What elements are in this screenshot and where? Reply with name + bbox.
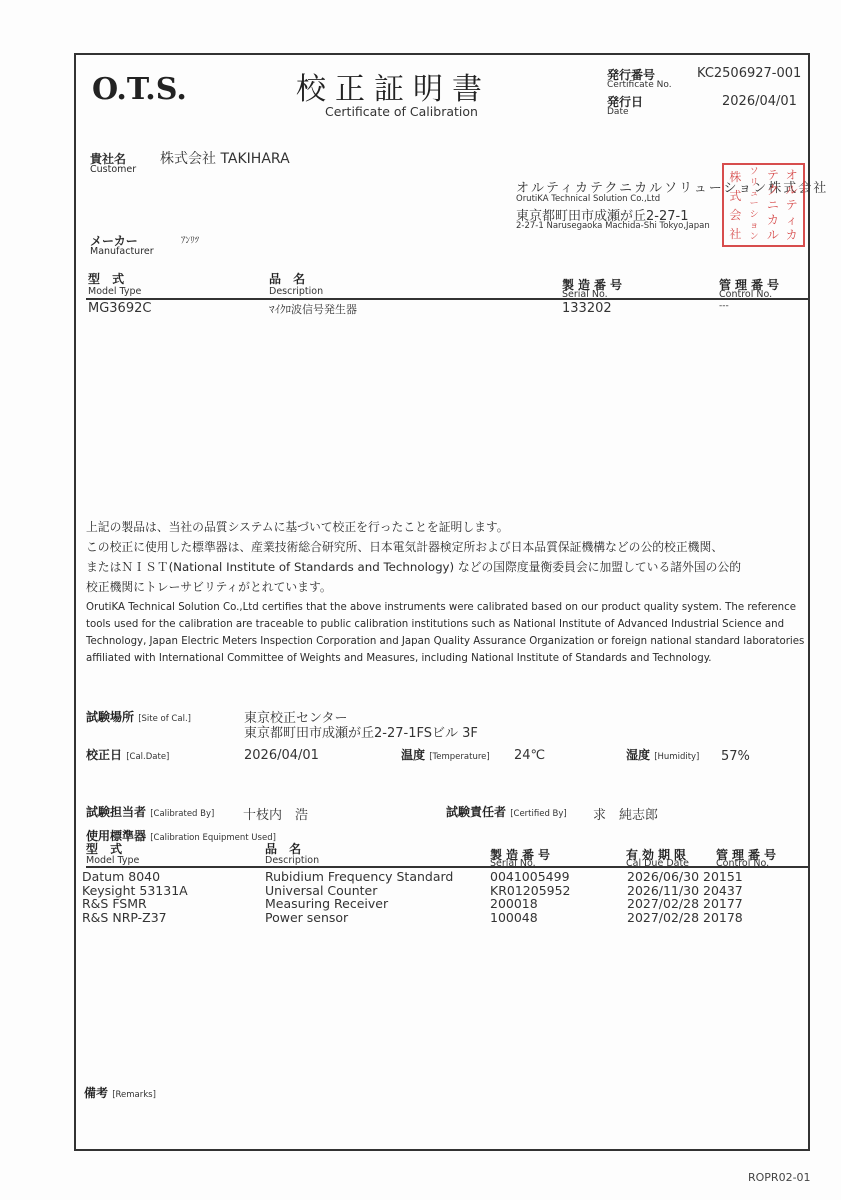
statement-jp-line: この校正に使用した標準器は、産業技術総合研究所、日本電気計器検定所および日本品質… [86, 537, 806, 557]
temperature-value: 24℃ [514, 748, 545, 763]
instrument-header-rule [86, 298, 808, 300]
issue-date-value: 2026/04/01 [722, 94, 797, 109]
customer-value: 株式会社 TAKIHARA [160, 148, 290, 168]
humidity-label: 湿度 [Humidity] [626, 746, 699, 763]
equipment-cell-control: 20177 [703, 897, 743, 911]
equipment-cell-model: R&S NRP-Z37 [82, 911, 167, 925]
equipment-cell-control: 20437 [703, 884, 743, 898]
statement-jp-line: 校正機関にトレーサビリティがとれています。 [86, 577, 806, 597]
equipment-cell-model: R&S FSMR [82, 897, 147, 911]
certificate-title-jp: 校正証明書 [296, 64, 491, 108]
instrument-header-jp: 型 式 [88, 270, 128, 287]
equipment-cell-control: 20178 [703, 911, 743, 925]
calibrated-by-label: 試験担当者 [Calibrated By] [86, 803, 214, 820]
cal-date-label-jp: 校正日 [86, 748, 122, 762]
cal-date-value: 2026/04/01 [244, 748, 319, 763]
temperature-label-en: [Temperature] [429, 752, 489, 762]
instrument-cell-serial: 133202 [562, 301, 612, 316]
equipment-cell-due: 2027/02/28 [627, 911, 699, 925]
company-logo: O.T.S. [92, 72, 187, 107]
remarks-label-jp: 備考 [84, 1086, 108, 1100]
issuer-name-en: OrutiKA Technical Solution Co.,Ltd [516, 194, 660, 204]
certified-by-label: 試験責任者 [Certified By] [446, 803, 567, 820]
certified-by-value: 求 純志郎 [593, 804, 658, 823]
equipment-cell-model: Keysight 53131A [82, 884, 188, 898]
equipment-cell-due: 2027/02/28 [627, 897, 699, 911]
equipment-cell-description: Measuring Receiver [265, 897, 388, 911]
equipment-header-en: Model Type [86, 855, 139, 866]
temperature-label: 温度 [Temperature] [401, 746, 490, 763]
issuer-address-en: 2-27-1 Narusegaoka Machida-Shi Tokyo,Jap… [516, 221, 710, 231]
humidity-label-en: [Humidity] [654, 752, 699, 762]
statement-jp-line: またはＮＩＳＴ(National Institute of Standards … [86, 557, 806, 577]
form-code: ROPR02-01 [748, 1171, 811, 1184]
statement-en: OrutiKA Technical Solution Co.,Ltd certi… [86, 599, 806, 667]
stamp-column: テクニカル [764, 167, 783, 243]
equipment-cell-serial: 0041005499 [490, 870, 570, 884]
site-label: 試験場所 [Site of Cal.] [86, 708, 191, 725]
remarks-label: 備考 [Remarks] [84, 1084, 156, 1101]
statement-jp-line: 上記の製品は、当社の品質システムに基づいて校正を行ったことを証明します。 [86, 517, 806, 537]
instrument-header-en: Model Type [88, 286, 141, 297]
instrument-cell-model: MG3692C [88, 301, 151, 316]
instrument-cell-description: ﾏｲｸﾛ波信号発生器 [269, 301, 357, 317]
site-label-jp: 試験場所 [86, 710, 134, 724]
certificate-no-value: KC2506927-001 [697, 66, 801, 81]
issue-date-label-en: Date [607, 107, 629, 117]
equipment-cell-description: Power sensor [265, 911, 348, 925]
equipment-cell-due: 2026/11/30 [627, 884, 699, 898]
remarks-label-en: [Remarks] [112, 1090, 156, 1100]
equipment-cell-serial: 200018 [490, 897, 538, 911]
cal-date-label-en: [Cal.Date] [126, 752, 169, 762]
customer-label-en: Customer [90, 164, 136, 175]
certified-by-label-en: [Certified By] [510, 809, 567, 819]
humidity-label-jp: 湿度 [626, 748, 650, 762]
equipment-cell-serial: KR01205952 [490, 884, 571, 898]
certificate-title-en: Certificate of Calibration [325, 104, 478, 119]
calibrated-by-label-en: [Calibrated By] [150, 809, 214, 819]
equipment-cell-description: Rubidium Frequency Standard [265, 870, 453, 884]
company-seal-stamp-icon: 株式会社ソリューションテクニカルオルティカ [722, 163, 805, 247]
equipment-cell-control: 20151 [703, 870, 743, 884]
stamp-column: 株式会社 [726, 167, 745, 243]
site-address: 東京都町田市成瀬が丘2-27-1FSビル 3F [244, 722, 478, 741]
site-label-en: [Site of Cal.] [138, 714, 191, 724]
equipment-cell-description: Universal Counter [265, 884, 377, 898]
stamp-column: ソリューション [745, 167, 764, 243]
manufacturer-value: ｱﾝﾘﾂ [181, 233, 199, 246]
manufacturer-label-en: Manufacturer [90, 246, 154, 257]
equipment-cell-serial: 100048 [490, 911, 538, 925]
statement-jp: 上記の製品は、当社の品質システムに基づいて校正を行ったことを証明します。 この校… [86, 517, 806, 597]
equipment-label-en: [Calibration Equipment Used] [150, 833, 276, 843]
instrument-header-en: Description [269, 286, 323, 297]
calibrated-by-value: 十枝内 浩 [243, 804, 308, 823]
equipment-cell-due: 2026/06/30 [627, 870, 699, 884]
equipment-header-en: Description [265, 855, 319, 866]
instrument-header-jp: 品 名 [269, 270, 309, 287]
temperature-label-jp: 温度 [401, 748, 425, 762]
humidity-value: 57% [721, 749, 750, 764]
equipment-header-rule [86, 866, 808, 868]
equipment-cell-model: Datum 8040 [82, 870, 160, 884]
instrument-cell-control: --- [719, 301, 729, 311]
cal-date-label: 校正日 [Cal.Date] [86, 746, 169, 763]
certified-by-label-jp: 試験責任者 [446, 805, 506, 819]
calibrated-by-label-jp: 試験担当者 [86, 805, 146, 819]
certificate-no-label-en: Certificate No. [607, 80, 672, 90]
stamp-column: オルティカ [782, 167, 801, 243]
